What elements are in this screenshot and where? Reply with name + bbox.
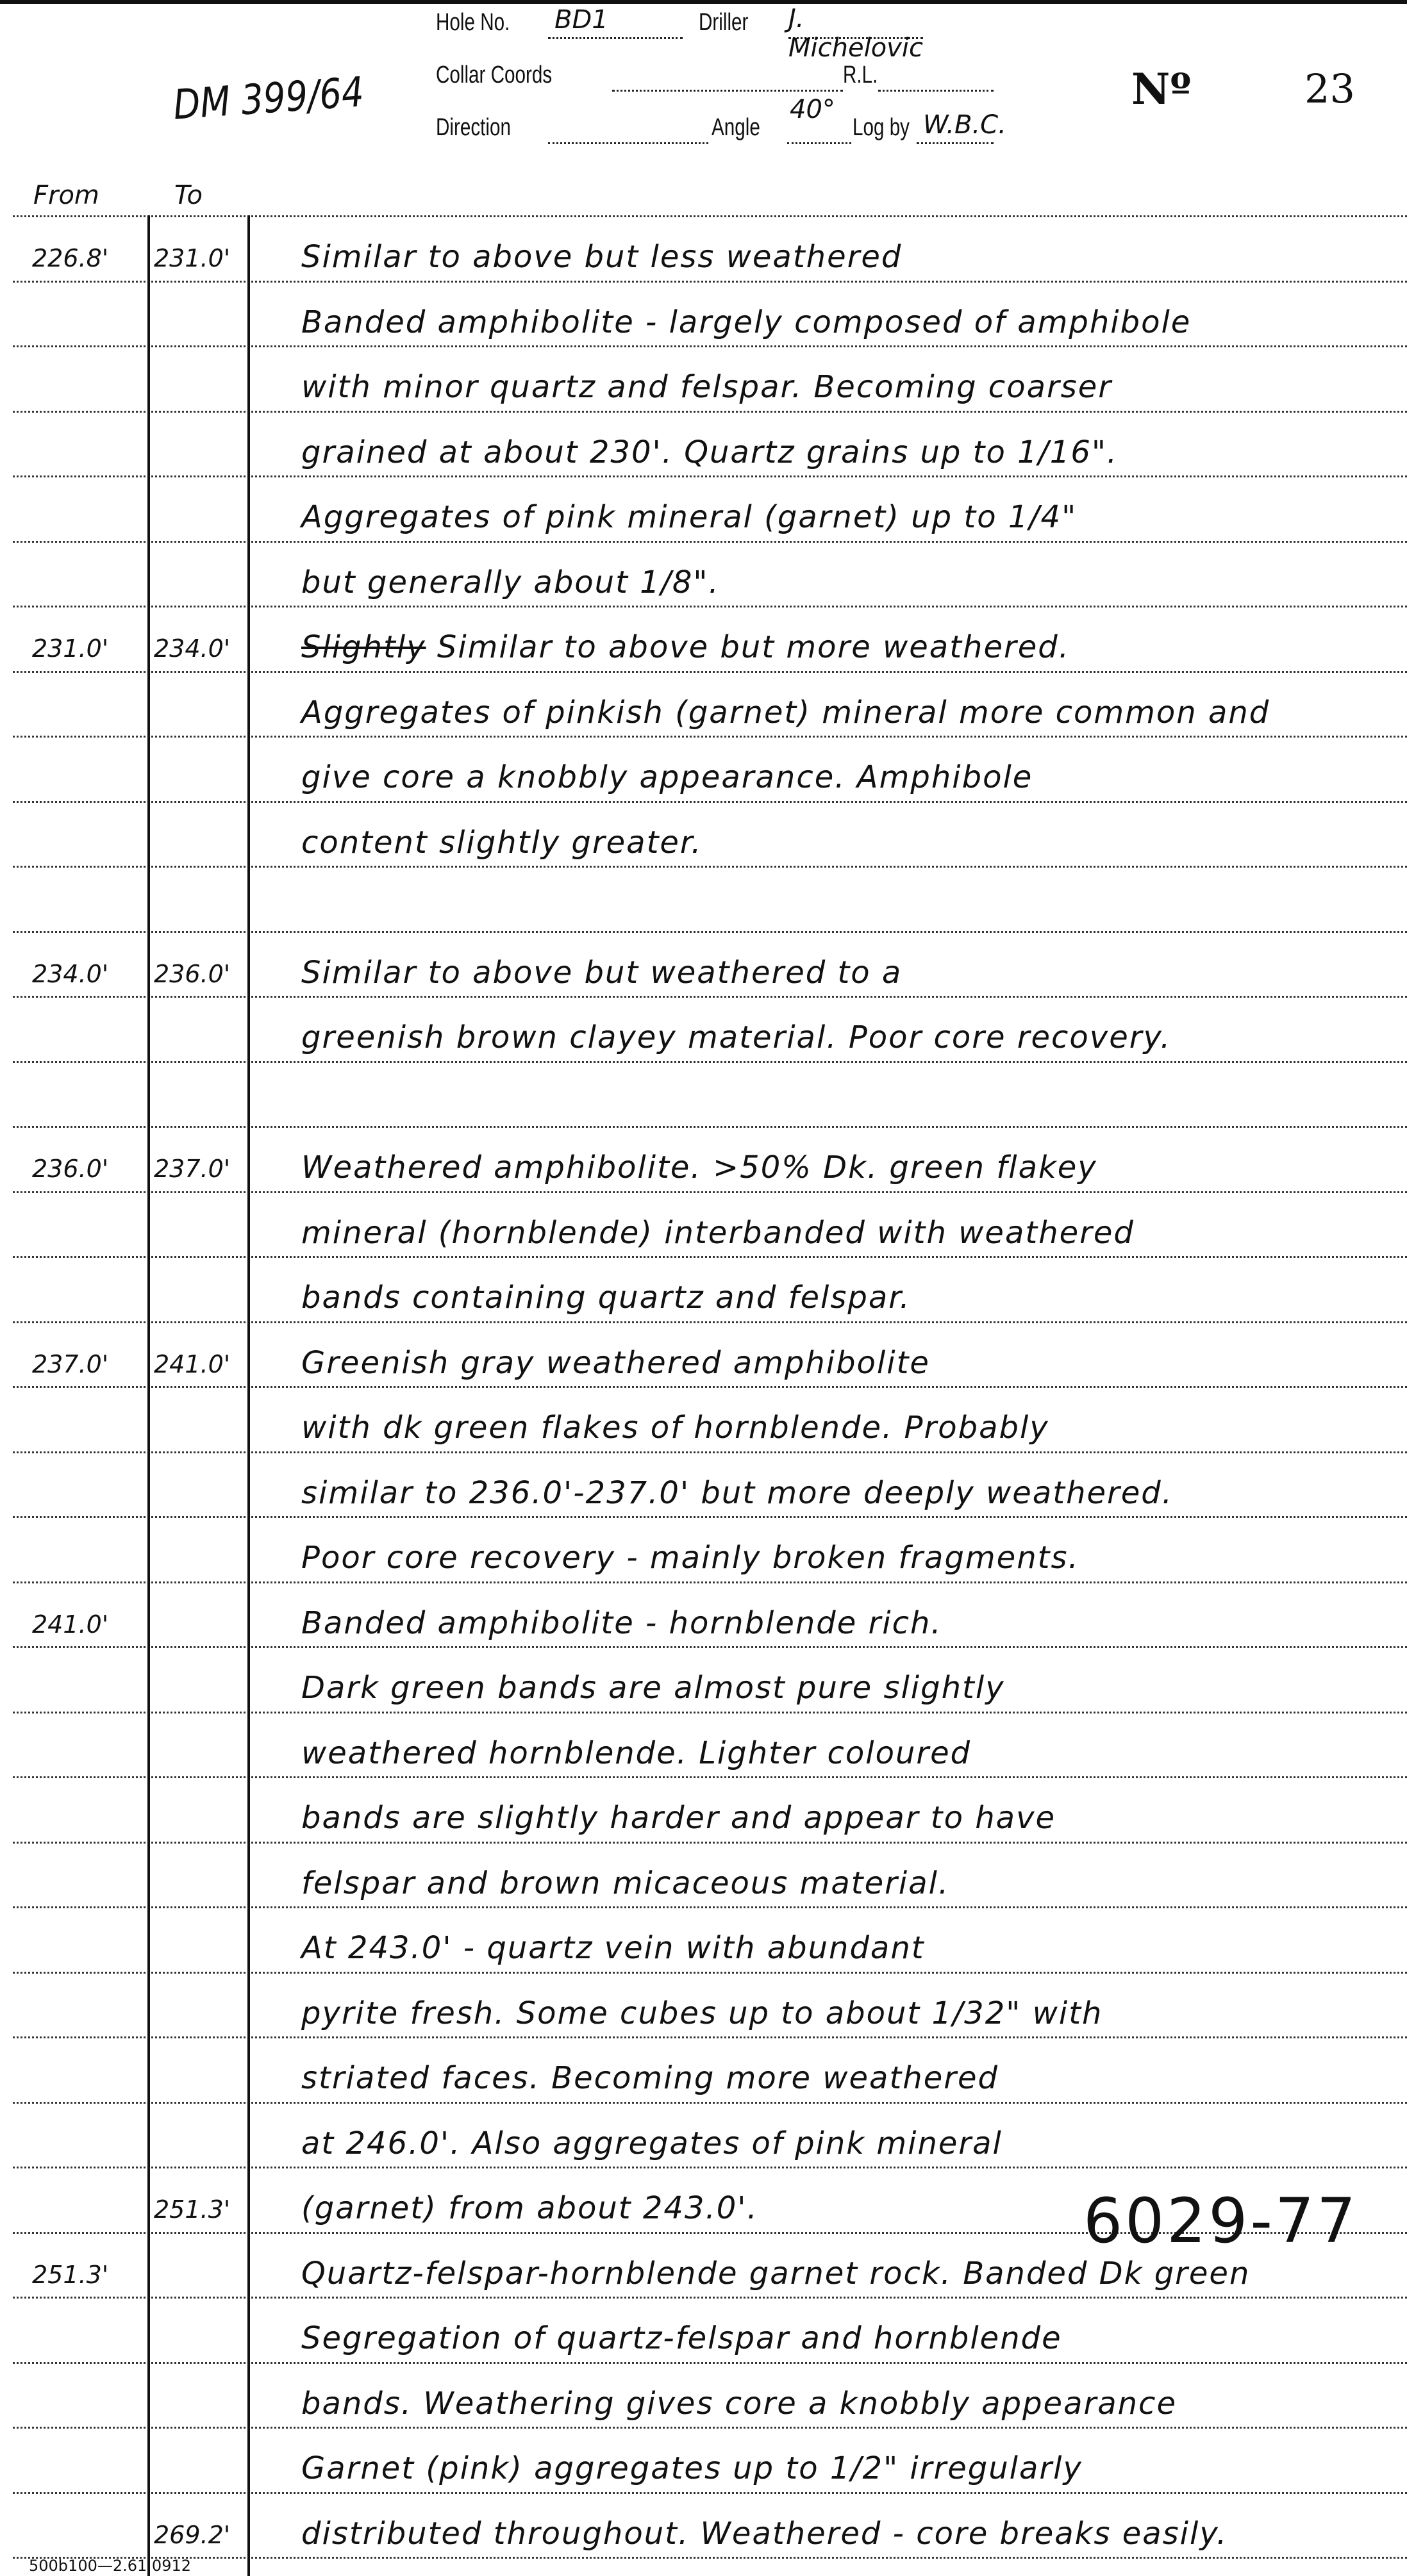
log-row: content slightly greater. [0,801,1407,866]
description-line: bands are slightly harder and appear to … [301,1800,1391,1836]
log-row: bands. Weathering gives core a knobbly a… [0,2362,1407,2427]
sheet-number-label: Nº [1131,64,1191,114]
collar-coords-field [612,62,843,92]
rule-line [13,2557,1407,2559]
description-line: Aggregates of pink mineral (garnet) up t… [301,499,1391,535]
from-depth: 237.0' [32,1350,141,1378]
description-line: similar to 236.0'-237.0' but more deeply… [301,1475,1391,1511]
description-line: Similar to above but weathered to a [301,955,1391,991]
log-row: but generally about 1/8". [0,541,1407,606]
log-row [0,866,1407,930]
to-depth: 236.0' [154,960,250,988]
angle-field: 40° [787,114,851,144]
description-line: Poor core recovery - mainly broken fragm… [301,1540,1391,1576]
log-row: give core a knobbly appearance. Amphibol… [0,736,1407,800]
description-line: Banded amphibolite - largely composed of… [301,304,1391,340]
log-row: bands containing quartz and felspar. [0,1256,1407,1321]
log-row: greenish brown clayey material. Poor cor… [0,996,1407,1061]
description-line: Banded amphibolite - hornblende rich. [301,1605,1391,1641]
log-row: felspar and brown micaceous material. [0,1842,1407,1906]
from-depth: 231.0' [32,634,141,663]
description-line: striated faces. Becoming more weathered [301,2060,1391,2096]
log-row: Segregation of quartz-felspar and hornbl… [0,2297,1407,2361]
log-row: 226.8'231.0'Similar to above but less we… [0,215,1407,280]
log-row: At 243.0' - quartz vein with abundant [0,1906,1407,1971]
log-row: pyrite fresh. Some cubes up to about 1/3… [0,1972,1407,2036]
description-line: Greenish gray weathered amphibolite [301,1345,1391,1381]
driller-label: Driller [699,9,748,37]
description-line: Garnet (pink) aggregates up to 1/2" irre… [301,2450,1391,2486]
sheet-number: 23 [1304,65,1355,112]
description-line: grained at about 230'. Quartz grains up … [301,434,1391,470]
to-depth: 241.0' [154,1350,250,1378]
to-depth: 237.0' [154,1155,250,1183]
description-line: content slightly greater. [301,825,1391,861]
description-line: bands containing quartz and felspar. [301,1280,1391,1316]
log-row: 231.0'234.0'Slightly Similar to above bu… [0,606,1407,670]
from-column-header: From [33,181,99,210]
from-depth: 251.3' [32,2261,141,2289]
direction-field [548,114,708,144]
log-row: at 246.0'. Also aggregates of pink miner… [0,2102,1407,2167]
description-line: greenish brown clayey material. Poor cor… [301,1020,1391,1055]
log-row: Aggregates of pinkish (garnet) mineral m… [0,671,1407,736]
description-line: with minor quartz and felspar. Becoming … [301,369,1391,405]
description-line: mineral (hornblende) interbanded with we… [301,1215,1391,1251]
description-line: distributed throughout. Weathered - core… [301,2516,1391,2552]
log-row: grained at about 230'. Quartz grains up … [0,411,1407,475]
from-depth: 226.8' [32,244,141,272]
description-line: Weathered amphibolite. >50% Dk. green fl… [301,1150,1391,1185]
log-row: Dark green bands are almost pure slightl… [0,1646,1407,1711]
log-row: mineral (hornblende) interbanded with we… [0,1191,1407,1256]
description-line: Dark green bands are almost pure slightl… [301,1670,1391,1706]
log-row: 241.0'Banded amphibolite - hornblende ri… [0,1581,1407,1646]
log-row: Aggregates of pink mineral (garnet) up t… [0,475,1407,540]
description-line: Segregation of quartz-felspar and hornbl… [301,2320,1391,2356]
log-row: with minor quartz and felspar. Becoming … [0,345,1407,410]
to-depth: 269.2' [154,2521,250,2549]
description-line: At 243.0' - quartz vein with abundant [301,1930,1391,1966]
direction-label: Direction [436,114,511,142]
log-row: Poor core recovery - mainly broken fragm… [0,1516,1407,1581]
hole-no-field: BD1 [548,9,683,39]
description-line: give core a knobbly appearance. Amphibol… [301,759,1391,795]
driller-value: J. Michelovic [788,4,923,63]
log-by-value: W.B.C. [923,110,1006,140]
from-depth: 234.0' [32,960,141,988]
to-depth: 251.3' [154,2195,250,2224]
collar-coords-label: Collar Coords [436,62,552,89]
description-line: Aggregates of pinkish (garnet) mineral m… [301,695,1391,731]
log-row: bands are slightly harder and appear to … [0,1776,1407,1841]
scan-top-edge [0,0,1407,4]
to-depth: 234.0' [154,634,250,663]
description-line: bands. Weathering gives core a knobbly a… [301,2386,1391,2422]
log-row: 234.0'236.0'Similar to above but weather… [0,931,1407,996]
log-row: weathered hornblende. Lighter coloured [0,1712,1407,1776]
log-row: with dk green flakes of hornblende. Prob… [0,1386,1407,1451]
from-depth: 236.0' [32,1155,141,1183]
description-line: weathered hornblende. Lighter coloured [301,1735,1391,1771]
log-by-field: W.B.C. [917,114,994,144]
description-line: Quartz-felspar-hornblende garnet rock. B… [301,2256,1391,2291]
description-line: Slightly Similar to above but more weath… [301,629,1391,665]
sample-number: 6029-77 [1083,2185,1358,2257]
hole-no-label: Hole No. [436,9,510,37]
description-line: Similar to above but less weathered [301,239,1391,275]
log-by-label: Log by [853,114,910,142]
driller-field: J. Michelovic [788,9,923,39]
struck-word: Slightly [301,629,426,665]
log-row: similar to 236.0'-237.0' but more deeply… [0,1451,1407,1516]
from-depth: 241.0' [32,1610,141,1639]
description-line: pyrite fresh. Some cubes up to about 1/3… [301,1995,1391,2031]
description-line: at 246.0'. Also aggregates of pink miner… [301,2126,1391,2161]
rl-field [878,62,994,92]
description-line: with dk green flakes of hornblende. Prob… [301,1410,1391,1446]
log-row: 269.2'distributed throughout. Weathered … [0,2492,1407,2557]
log-row: 236.0'237.0'Weathered amphibolite. >50% … [0,1126,1407,1191]
log-row: striated faces. Becoming more weathered [0,2036,1407,2101]
log-row: 237.0'241.0'Greenish gray weathered amph… [0,1321,1407,1386]
rl-label: R.L. [843,62,878,89]
description-line: but generally about 1/8". [301,565,1391,600]
angle-label: Angle [712,114,760,142]
to-column-header: To [174,181,203,210]
form-print-code: 500b100—2.61 0912 [29,2557,191,2575]
angle-value: 40° [790,95,835,124]
log-row: Garnet (pink) aggregates up to 1/2" irre… [0,2427,1407,2491]
document-reference: DM 399/64 [172,69,365,129]
hole-no-value: BD1 [554,5,608,35]
log-row [0,1061,1407,1126]
description-line: felspar and brown micaceous material. [301,1865,1391,1901]
to-depth: 231.0' [154,244,250,272]
log-row: Banded amphibolite - largely composed of… [0,281,1407,345]
